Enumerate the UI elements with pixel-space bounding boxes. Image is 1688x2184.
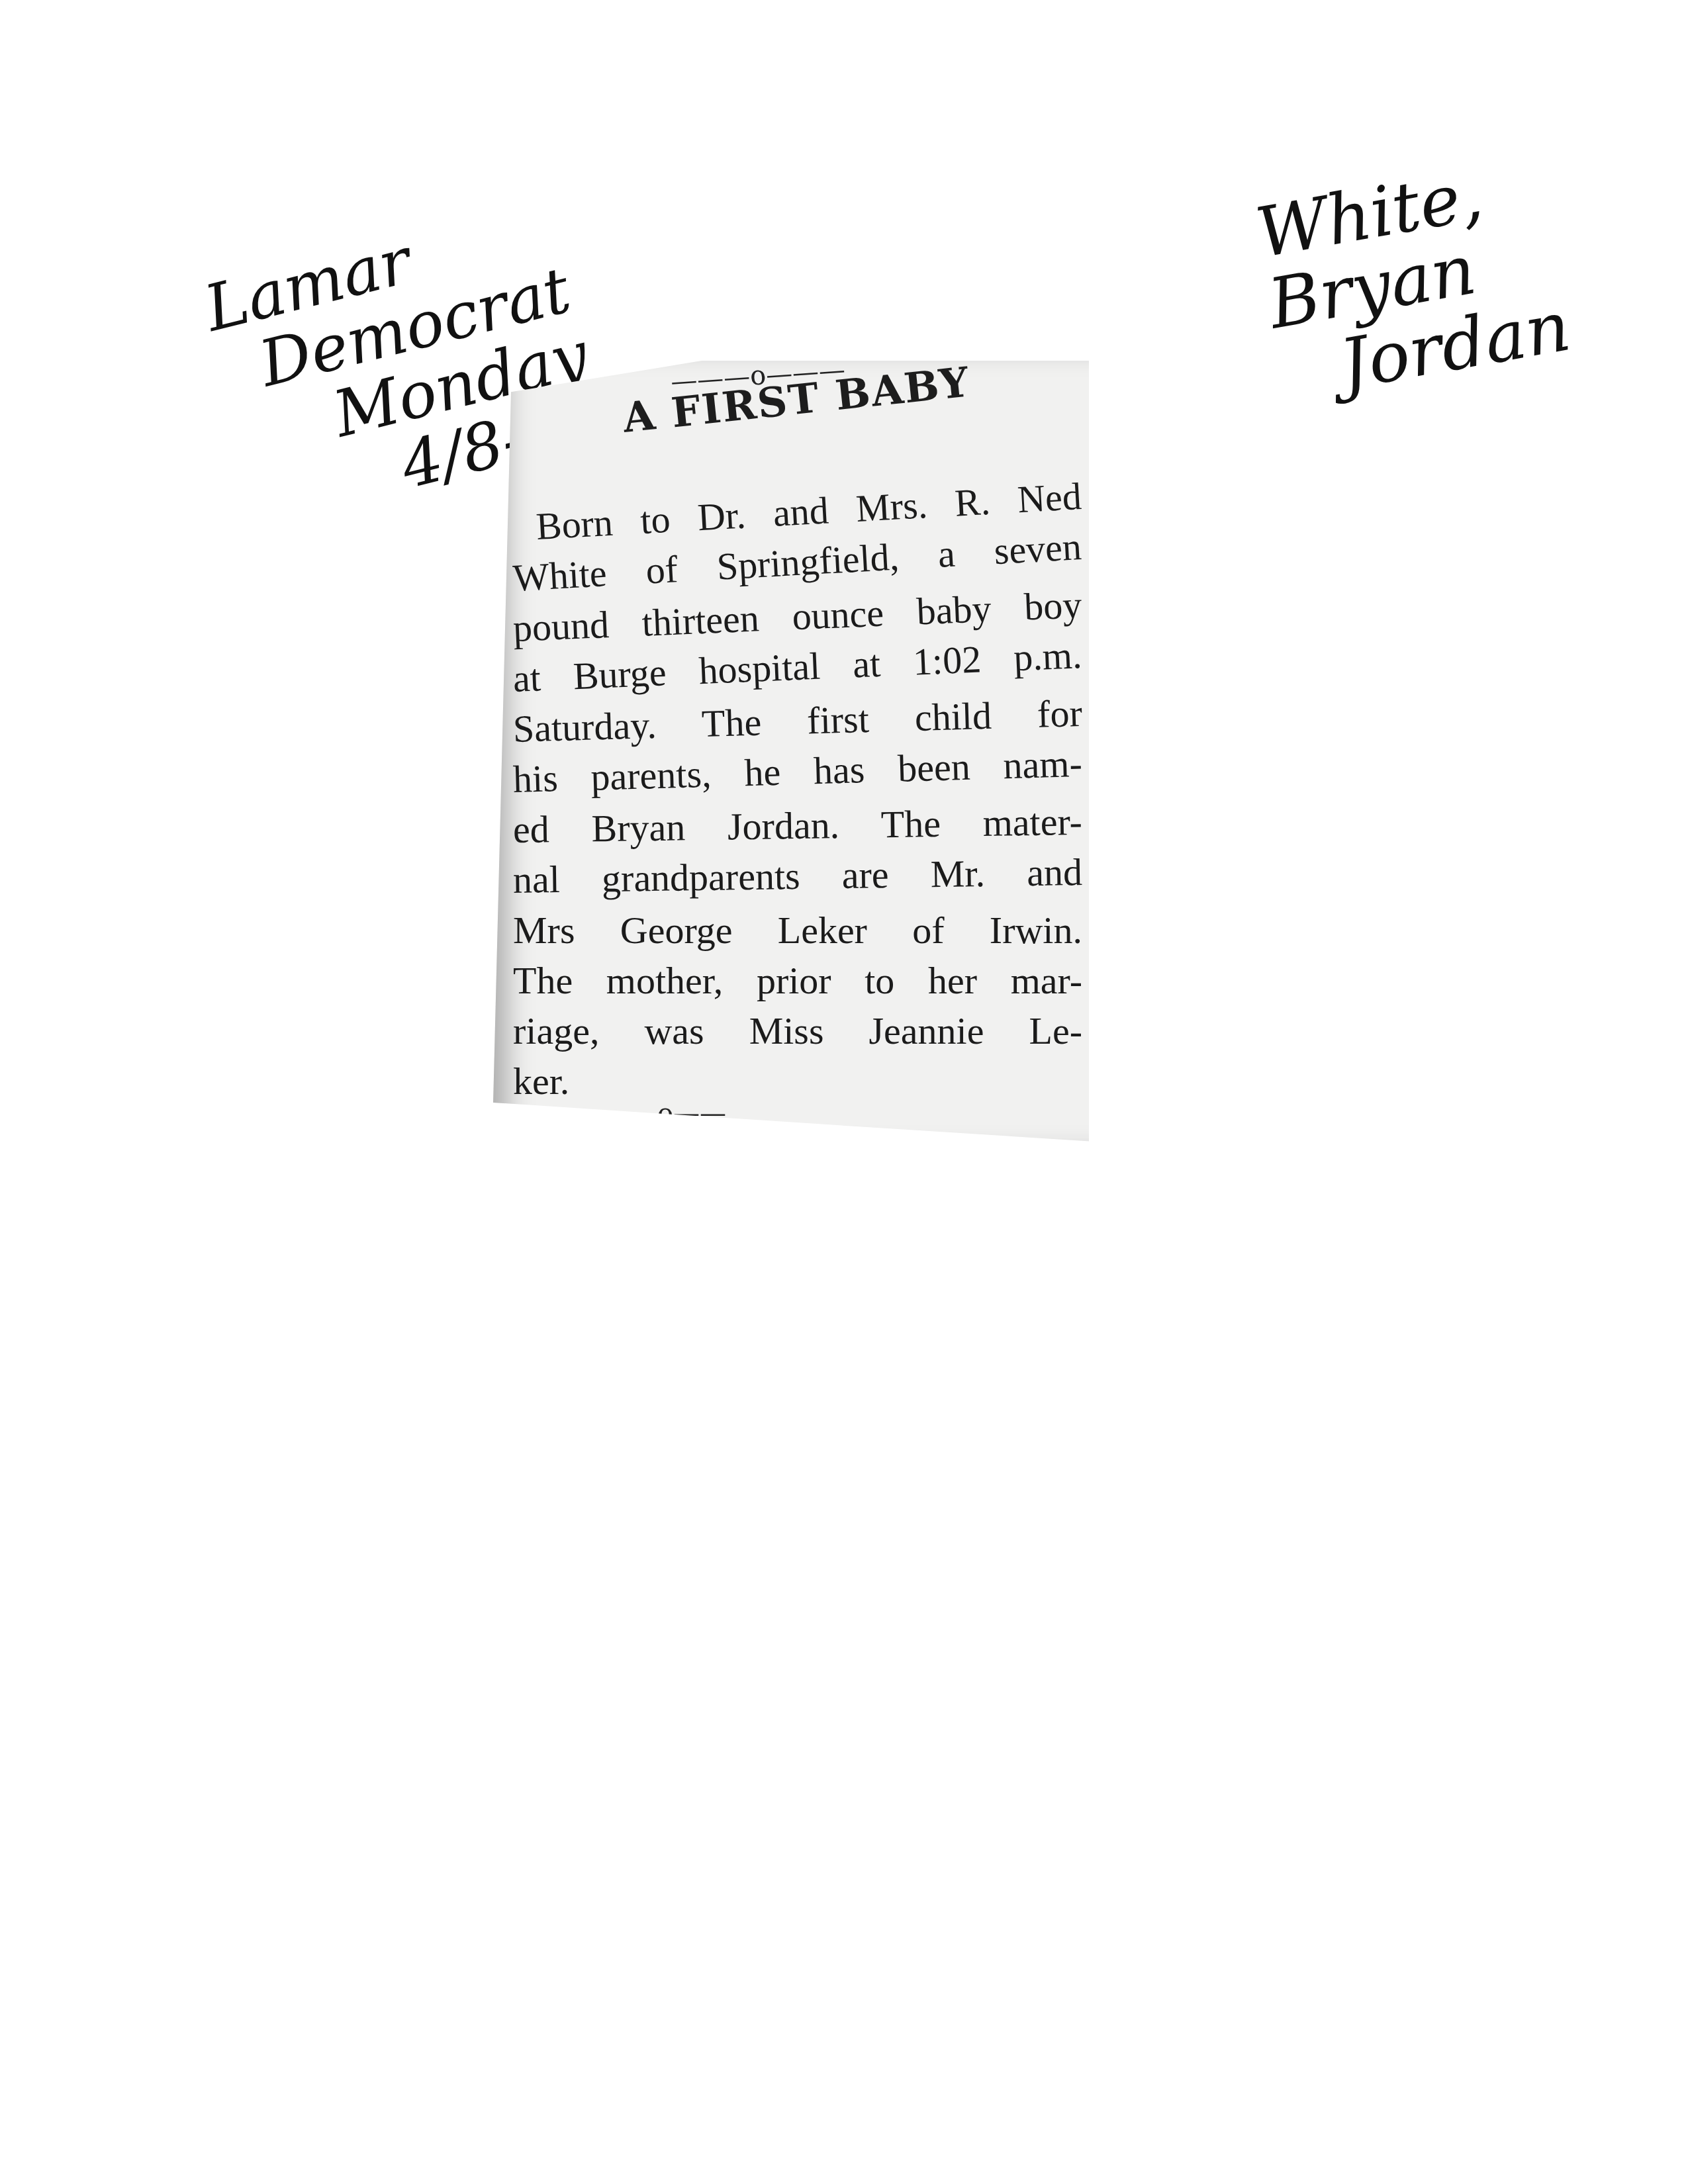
body-line: ed Bryan Jordan. The mater-: [512, 797, 1082, 855]
bottom-divider-rule: ——o——: [553, 1098, 778, 1128]
handwritten-name-note: White, Bryan Jordan: [1251, 148, 1575, 412]
body-line: nal grandparents are Mr. and: [512, 847, 1082, 905]
clipping-body: Born to Dr. and Mrs. R. Ned White of Spr…: [513, 503, 1082, 1107]
body-line: Mrs George Leker of Irwin.: [513, 905, 1082, 956]
newspaper-clipping: ———o——— A FIRST BABY Born to Dr. and Mrs…: [493, 361, 1089, 1142]
body-line: The mother, prior to her mar-: [513, 956, 1082, 1006]
body-line: riage, was Miss Jeannie Le-: [513, 1006, 1082, 1056]
